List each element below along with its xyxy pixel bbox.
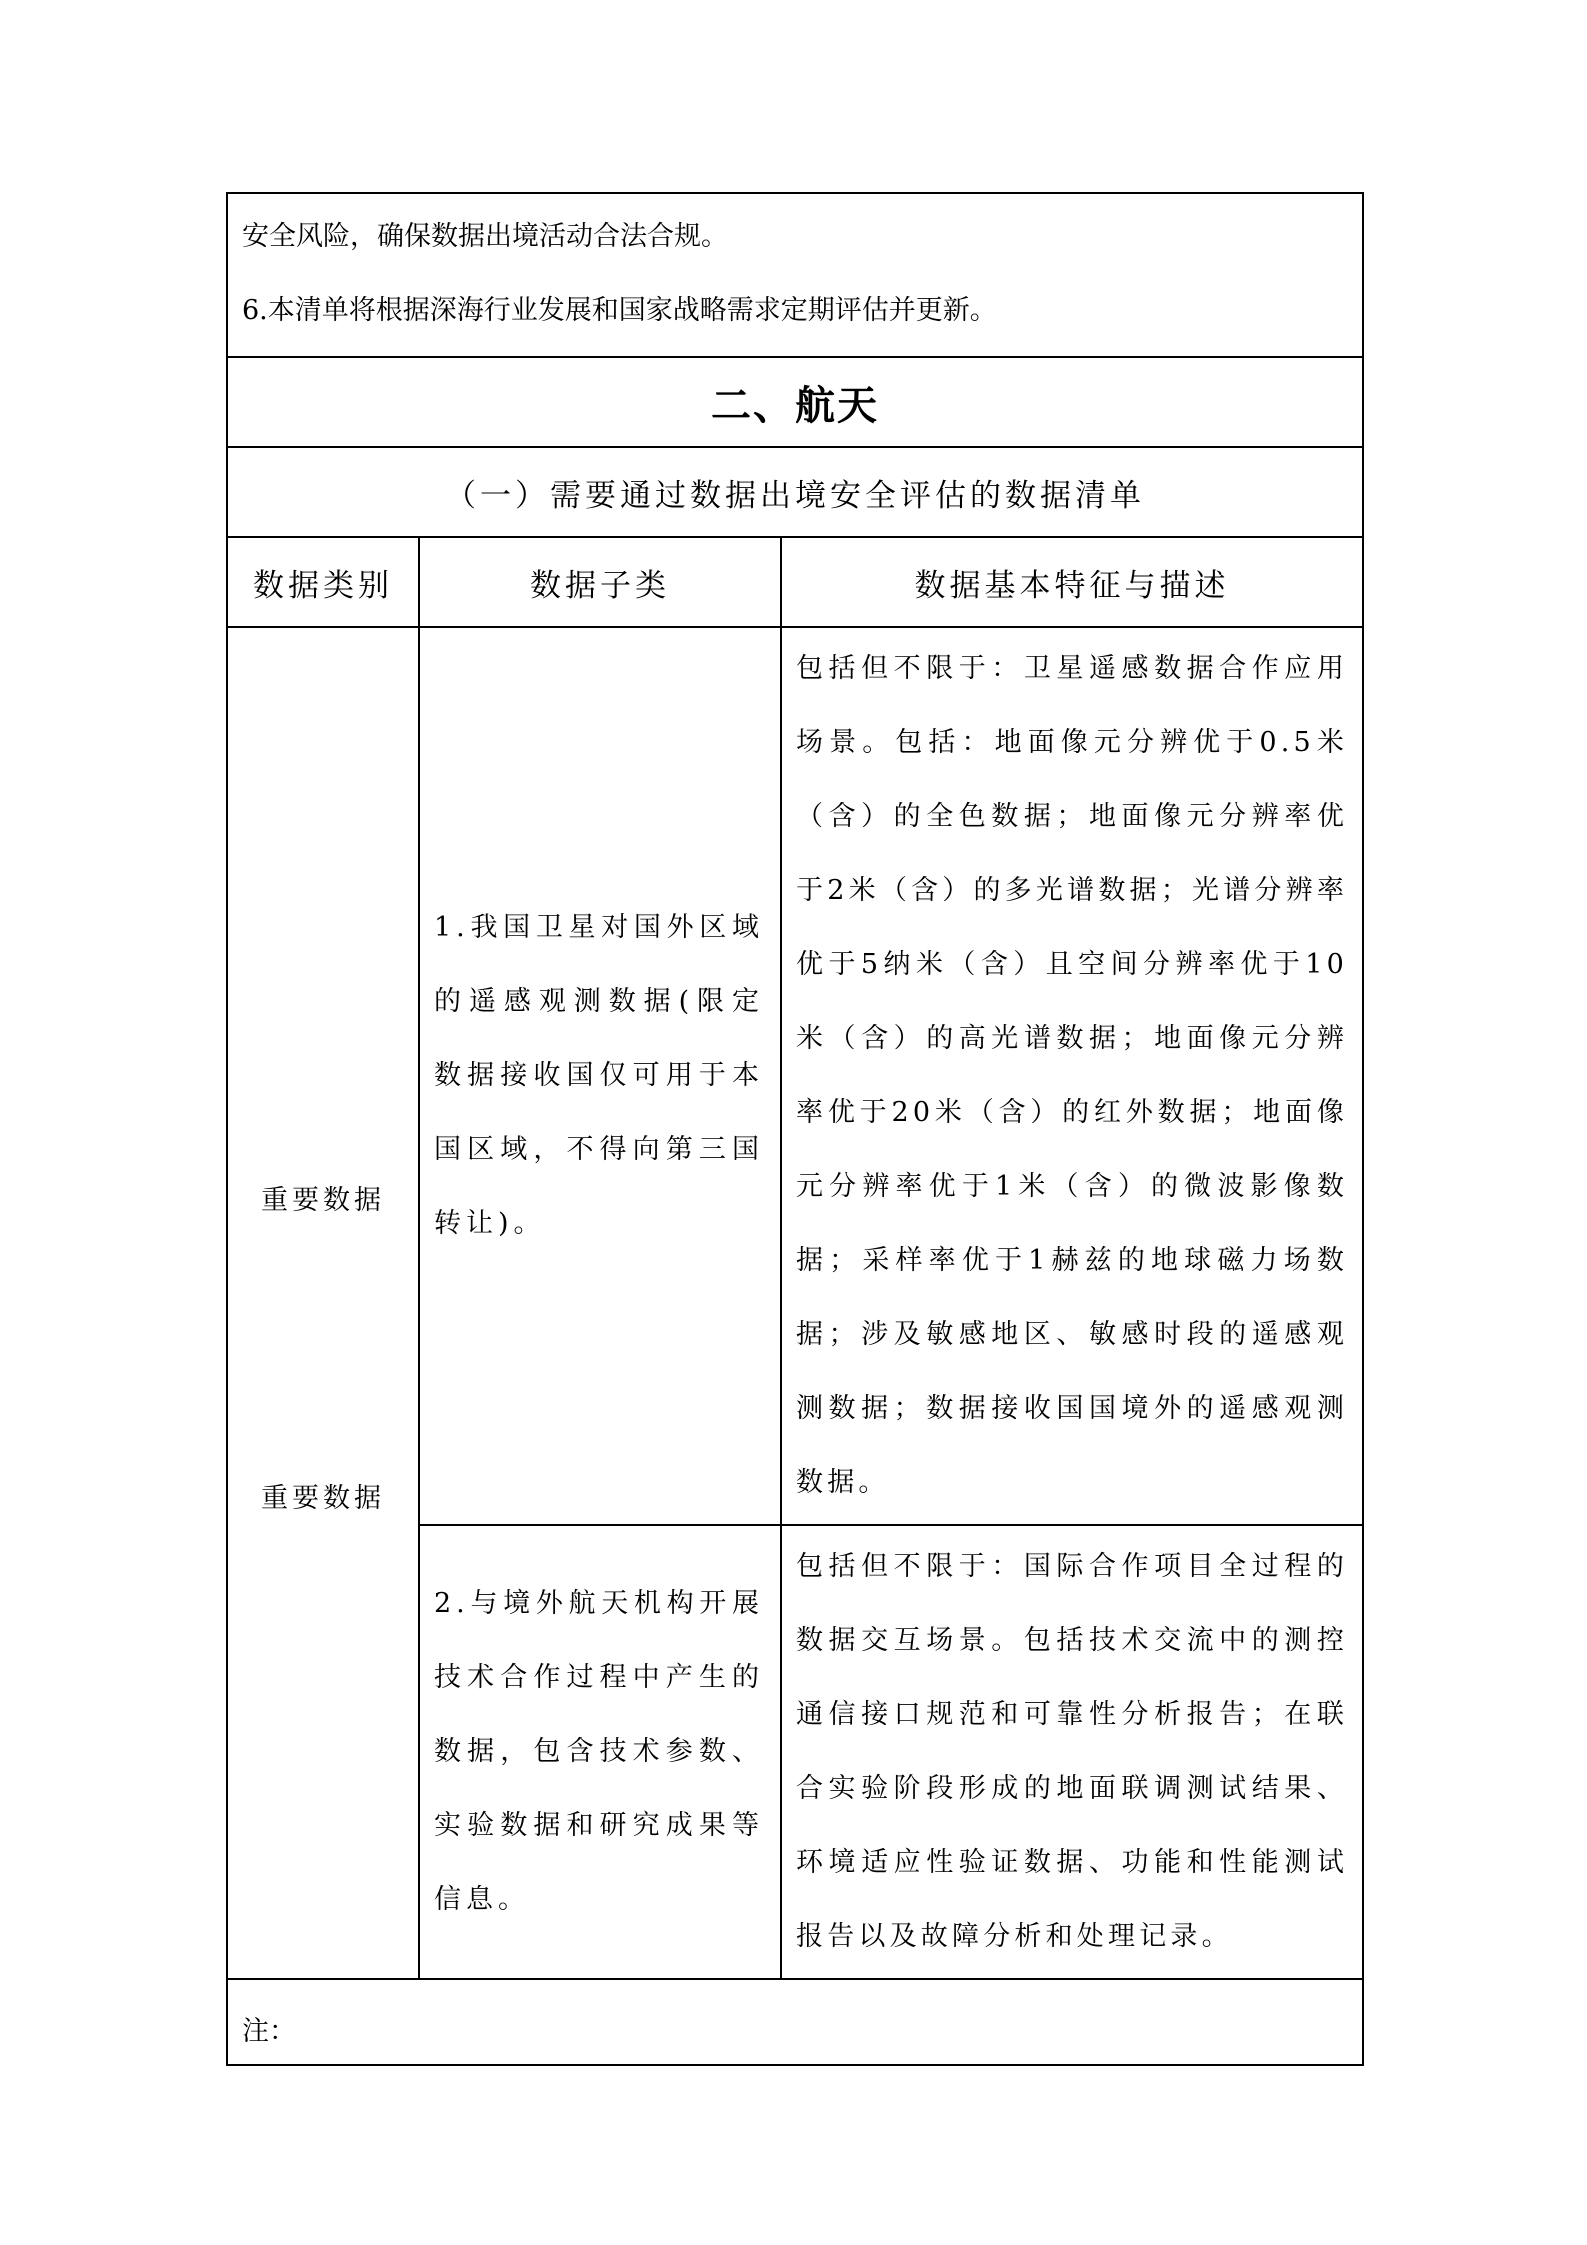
column-header-category: 数据类别 [227,537,419,627]
table-header-row: 数据类别 数据子类 数据基本特征与描述 [227,537,1363,627]
continuation-cell: 安全风险，确保数据出境活动合法合规。 6.本清单将根据深海行业发展和国家战略需求… [227,193,1363,357]
note-label: 注： [227,1979,1363,2065]
description-cell: 包括但不限于：国际合作项目全过程的数据交互场景。包括技术交流中的测控通信接口规范… [781,1525,1363,1979]
section-title: 二、航天 [227,357,1363,447]
section-title-row: 二、航天 [227,357,1363,447]
subsection-title: （一）需要通过数据出境安全评估的数据清单 [227,447,1363,537]
subtype-cell: 2.与境外航天机构开展技术合作过程中产生的数据，包含技术参数、实验数据和研究成果… [419,1525,781,1979]
description-cell: 包括但不限于：卫星遥感数据合作应用场景。包括：地面像元分辨优于0.5米（含）的全… [781,627,1363,1525]
column-header-subtype: 数据子类 [419,537,781,627]
category-cell: 重要数据 重要数据 [227,627,419,1979]
continuation-line: 安全风险，确保数据出境活动合法合规。 [242,200,1348,274]
table-row: 重要数据 重要数据 1.我国卫星对国外区域的遥感观测数据(限定数据接收国仅可用于… [227,627,1363,1525]
category-label: 重要数据 [228,1178,418,1217]
continuation-line: 6.本清单将根据深海行业发展和国家战略需求定期评估并更新。 [242,274,1348,348]
column-header-description: 数据基本特征与描述 [781,537,1363,627]
document-page: 安全风险，确保数据出境活动合法合规。 6.本清单将根据深海行业发展和国家战略需求… [226,192,1362,2066]
category-label: 重要数据 [228,1476,418,1515]
continuation-row: 安全风险，确保数据出境活动合法合规。 6.本清单将根据深海行业发展和国家战略需求… [227,193,1363,357]
subtype-cell: 1.我国卫星对国外区域的遥感观测数据(限定数据接收国仅可用于本国区域，不得向第三… [419,627,781,1525]
subsection-title-row: （一）需要通过数据出境安全评估的数据清单 [227,447,1363,537]
data-export-list-table: 安全风险，确保数据出境活动合法合规。 6.本清单将根据深海行业发展和国家战略需求… [226,192,1364,2066]
note-row: 注： [227,1979,1363,2065]
